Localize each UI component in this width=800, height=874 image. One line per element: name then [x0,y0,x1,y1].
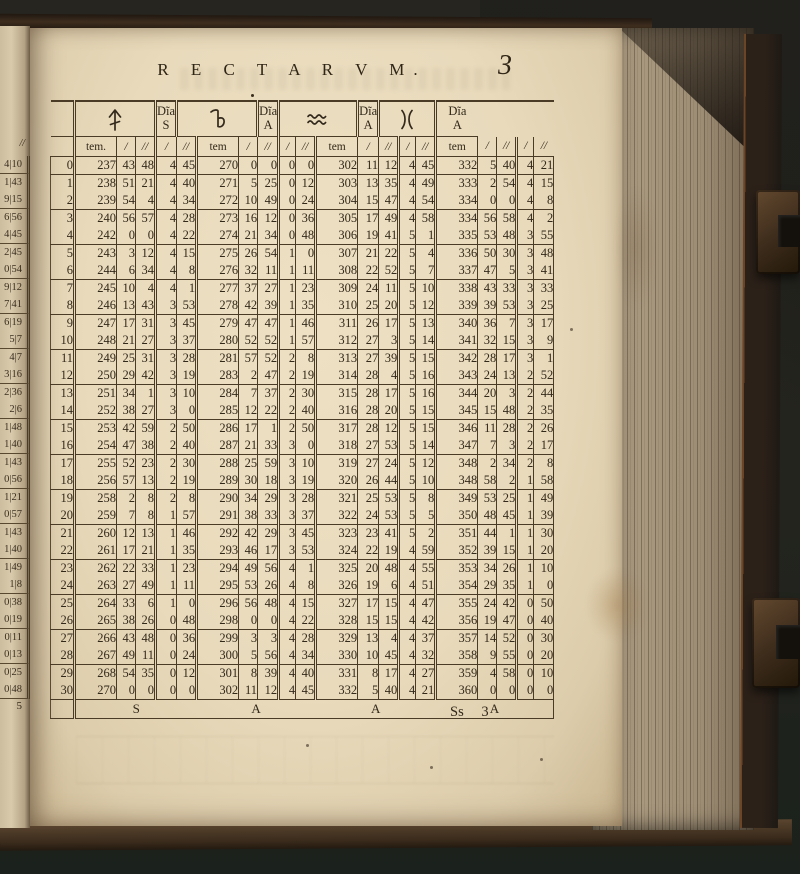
table-cell: 4 [399,612,416,630]
table-cell: 19 [358,577,379,595]
table-cell: 2 [517,420,534,438]
row-number: 7 [51,280,75,298]
table-cell: 267 [75,647,117,665]
table-cell: 58 [497,210,517,228]
table-cell: 2 [279,367,296,385]
table-cell: 354 [436,577,478,595]
table-cell: 329 [316,630,358,648]
table-cell: 307 [316,245,358,263]
table-cell: 1 [156,525,177,543]
table-cell: 39 [534,507,554,525]
dif-header-sagittarius: DĩaS [156,101,177,137]
table-cell: 250 [75,367,117,385]
table-cell: 49 [136,577,156,595]
table-cell: 266 [75,630,117,648]
table-cell: 32 [239,262,258,280]
table-row: 1825657132192893018319320264451034858215… [51,472,554,490]
table-cell: 56 [258,560,279,578]
table-cell: 10 [416,472,436,490]
table-cell: 48 [136,157,156,175]
dif-minute-mark: / [517,137,534,157]
table-cell: 308 [316,262,358,280]
table-cell: 1 [279,280,296,298]
table-cell: 28 [177,350,197,368]
table-cell: 1 [517,490,534,508]
table-cell: 5 [399,297,416,315]
table-cell: 21 [239,227,258,245]
facing-page-fragment-line: 1|8 [0,576,30,594]
table-cell: 56 [478,210,497,228]
table-cell: 21 [358,245,379,263]
table-cell: 52 [239,332,258,350]
table-sign-header-row: DĩaSDĩaADĩaADĩaA [51,101,554,137]
table-cell: 311 [316,315,358,333]
table-cell: 53 [177,297,197,315]
table-cell: 22 [117,560,136,578]
table-cell: 4 [399,192,416,210]
table-cell: 4 [156,227,177,245]
table-cell: 19 [177,472,197,490]
table-cell: 46 [296,315,316,333]
table-cell: 251 [75,385,117,403]
table-cell: 27 [136,402,156,420]
table-cell: 285 [197,402,239,420]
table-cell: 57 [296,332,316,350]
table-cell: 35 [136,665,156,683]
table-cell: 24 [358,507,379,525]
row-number: 27 [51,630,75,648]
table-cell: 17 [534,315,554,333]
table-cell: 16 [416,367,436,385]
row-number: 30 [51,682,75,700]
table-cell: 0 [258,157,279,175]
table-cell: 0 [279,192,296,210]
row-number: 21 [51,525,75,543]
table-cell: 255 [75,455,117,473]
table-cell: 5 [239,647,258,665]
table-cell: 334 [436,210,478,228]
table-cell: 50 [296,420,316,438]
table-cell: 37 [258,385,279,403]
table-cell: 10 [534,665,554,683]
table-cell: 358 [436,647,478,665]
table-cell: 326 [316,577,358,595]
table-cell: 25 [358,490,379,508]
table-cell: 4 [279,630,296,648]
facing-page-fragment-line: 1|43 [0,454,30,471]
table-cell: 11 [478,420,497,438]
dif-minute-mark: / [156,137,177,157]
table-cell: 42 [239,297,258,315]
table-cell: 2 [156,437,177,455]
table-cell: 12 [258,210,279,228]
table-cell: 334 [436,192,478,210]
table-cell: 40 [534,612,554,630]
table-cell: 27 [136,332,156,350]
row-number: 28 [51,647,75,665]
table-cell: 328 [316,612,358,630]
table-cell: 1 [279,245,296,263]
table-cell: 4 [399,157,416,175]
facing-page-fragment-line: 6|56 [0,209,30,226]
table-cell: 246 [75,297,117,315]
table-cell: 33 [258,507,279,525]
table-cell: 4 [136,280,156,298]
table-cell: 34 [258,227,279,245]
table-cell: 2 [517,455,534,473]
table-cell: 3 [517,332,534,350]
table-cell: 243 [75,245,117,263]
table-row: 8246134335327842391353102520512339395332… [51,297,554,315]
table-cell: 10 [416,280,436,298]
second-mark: // [497,137,517,157]
table-cell: 43 [117,157,136,175]
table-cell: 30 [177,455,197,473]
table-cell: 3 [279,542,296,560]
table-cell: 45 [379,647,399,665]
table-cell: 22 [358,542,379,560]
table-cell: 12 [136,245,156,263]
book-clasp-bottom [752,598,800,688]
book-page: R E C T A R V M. 3 DĩaSDĩaADĩaADĩaAtem./… [30,28,622,826]
table-row: 1124925313282815752283132739515342281731 [51,350,554,368]
table-cell: 330 [316,647,358,665]
table-cell: 12 [239,402,258,420]
table-cell: 33 [117,595,136,613]
table-cell: 8 [177,490,197,508]
table-cell: 3 [156,350,177,368]
table-cell: 275 [197,245,239,263]
table-cell: 239 [75,192,117,210]
table-cell: 0 [534,682,554,700]
table-cell: 1 [136,385,156,403]
table-cell: 25 [497,490,517,508]
table-cell: 5 [399,262,416,280]
table-cell: 55 [416,560,436,578]
table-cell: 0 [279,157,296,175]
table-cell: 28 [478,350,497,368]
table-cell: 2 [279,420,296,438]
table-cell: 280 [197,332,239,350]
table-cell: 5 [497,262,517,280]
table-cell: 292 [197,525,239,543]
table-cell: 6 [117,262,136,280]
table-cell: 36 [296,210,316,228]
table-cell: 25 [258,175,279,193]
table-cell: 20 [379,402,399,420]
table-cell: 50 [534,595,554,613]
table-cell: 18 [258,472,279,490]
table-cell: 8 [239,665,258,683]
table-cell: 3 [258,630,279,648]
table-cell: 295 [197,577,239,595]
table-cell: 351 [436,525,478,543]
table-cell: 15 [478,402,497,420]
table-cell: 20 [478,385,497,403]
table-cell: 37 [239,280,258,298]
table-cell: 303 [316,175,358,193]
table-cell: 53 [379,437,399,455]
table-cell: 1 [156,542,177,560]
table-cell: 48 [534,245,554,263]
table-cell: 254 [75,437,117,455]
table-cell: 342 [436,350,478,368]
table-cell: 23 [296,280,316,298]
table-cell: 34 [296,647,316,665]
table-cell: 5 [399,350,416,368]
table-cell: 2 [534,210,554,228]
sagittarius-icon [105,111,125,125]
table-cell: 1 [156,577,177,595]
table-cell: 0 [296,245,316,263]
table-cell: 34 [117,385,136,403]
dif-second-mark: // [177,137,197,157]
table-row: 2226117211352934617353324221945935239151… [51,542,554,560]
table-row: 2626538260482980042232815154423561947040 [51,612,554,630]
table-cell: 45 [416,157,436,175]
table-cell: 15 [379,595,399,613]
table-cell: 15 [358,612,379,630]
table-cell: 46 [239,542,258,560]
table-cell: 0 [156,665,177,683]
table-cell: 1 [156,595,177,613]
minute-mark: / [117,137,136,157]
table-cell: 16 [416,385,436,403]
row-number: 24 [51,577,75,595]
table-cell: 12 [379,420,399,438]
table-cell: 290 [197,490,239,508]
table-row: 2326222331232944956413252048455353342611… [51,560,554,578]
table-cell: 3 [156,402,177,420]
facing-page-fragment-line: 0|38 [0,594,30,611]
table-cell: 42 [136,367,156,385]
paper-speck [570,328,573,331]
page-number: 3 [498,50,512,82]
table-cell: 54 [117,192,136,210]
table-cell: 5 [399,367,416,385]
table-cell: 15 [416,420,436,438]
table-cell: 57 [177,507,197,525]
table-row: 272664348036299334283291344373571452030 [51,630,554,648]
table-row: 123851214402715250123031335449333254415 [51,175,554,193]
table-cell: 0 [156,647,177,665]
table-cell: 26 [258,577,279,595]
table-cell: 309 [316,280,358,298]
table-cell: 313 [316,350,358,368]
table-cell: 4 [517,157,534,175]
subheader-corner [51,137,75,157]
table-cell: 15 [497,542,517,560]
table-cell: 59 [258,455,279,473]
table-cell: 3 [279,437,296,455]
facing-page-fragment-line: 4|45 [0,226,30,244]
table-cell: 256 [75,472,117,490]
table-cell: 4 [517,192,534,210]
table-cell: 0 [296,157,316,175]
table-cell: 5 [399,455,416,473]
table-cell: 20 [358,560,379,578]
table-cell: 34 [478,560,497,578]
facing-page-fragment-line: 0|48 [0,681,30,699]
table-row: 0237434844527000003021112445332540421 [51,157,554,175]
table-cell: 3 [517,245,534,263]
table-cell: 38 [117,402,136,420]
table-cell: 24 [177,647,197,665]
table-cell: 15 [379,612,399,630]
table-cell: 30 [239,472,258,490]
capricornus-icon [207,111,227,125]
table-cell: 41 [379,227,399,245]
table-cell: 1 [534,350,554,368]
table-cell: 30 [534,525,554,543]
table-cell: 28 [296,490,316,508]
table-cell: 4 [279,647,296,665]
table-cell: 1 [279,315,296,333]
table-cell: 26 [497,560,517,578]
table-cell: 58 [534,472,554,490]
table-cell: 29 [117,367,136,385]
table-cell: 248 [75,332,117,350]
table-cell: 28 [497,420,517,438]
table-cell: 345 [436,402,478,420]
table-cell: 10 [534,560,554,578]
table-cell: 41 [534,262,554,280]
table-cell: 19 [358,227,379,245]
table-cell: 45 [177,315,197,333]
table-cell: 22 [379,245,399,263]
table-cell: 42 [497,595,517,613]
facing-page-fragment-line: 7|41 [0,296,30,314]
running-head: R E C T A R V M. [92,60,492,80]
table-cell: 5 [399,402,416,420]
table-cell: 29 [258,525,279,543]
table-cell: 19 [296,472,316,490]
table-cell: 3 [517,262,534,280]
table-row: 3240565742827316120363051749458334565842 [51,210,554,228]
facing-page-fragment-line: 6|19 [0,314,30,331]
dif-header-pisces: DĩaA [436,101,478,137]
table-cell: 47 [239,315,258,333]
table-cell: 3 [517,315,534,333]
table-cell: 54 [117,665,136,683]
table-cell: 4 [399,210,416,228]
table-cell: 259 [75,507,117,525]
table-cell: 22 [296,612,316,630]
table-cell: 10 [296,455,316,473]
table-cell: 8 [416,490,436,508]
table-cell: 10 [117,280,136,298]
table-cell: 346 [436,420,478,438]
table-cell: 16 [239,210,258,228]
table-cell: 14 [478,630,497,648]
table-cell: 11 [258,262,279,280]
table-cell: 2 [117,490,136,508]
table-cell: 8 [296,577,316,595]
table-cell: 47 [258,315,279,333]
table-cell: 20 [534,542,554,560]
table-cell: 17 [379,665,399,683]
table-row: 1525342592502861712503172812515346112822… [51,420,554,438]
table-cell: 5 [478,157,497,175]
table-cell: 4 [156,157,177,175]
gathering-signature: Ss 3 [450,704,489,721]
table-cell: 274 [197,227,239,245]
row-number: 6 [51,262,75,280]
table-row: 162544738240287213330318275351434773217 [51,437,554,455]
table-cell: 2 [497,472,517,490]
table-cell: 53 [478,490,497,508]
table-cell: 17 [117,542,136,560]
table-cell: 13 [358,630,379,648]
table-cell: 8 [534,455,554,473]
table-cell: 45 [296,525,316,543]
table-cell: 27 [358,437,379,455]
table-cell: 0 [517,630,534,648]
table-cell: 54 [258,245,279,263]
table-cell: 2 [478,455,497,473]
table-cell: 13 [117,297,136,315]
table-cell: 49 [117,647,136,665]
table-cell: 3 [497,385,517,403]
table-cell: 5 [399,420,416,438]
table-cell: 49 [379,210,399,228]
facing-page-fragment-line: 0|57 [0,506,30,524]
table-cell: 1 [517,472,534,490]
table-cell: 3 [156,332,177,350]
facing-page-fragment-line: 2|45 [0,244,30,261]
table-cell: 10 [358,647,379,665]
table-cell: 1 [517,507,534,525]
second-mark: // [258,137,279,157]
table-cell: 25 [117,350,136,368]
table-cell: 3 [517,350,534,368]
facing-page-fragment-line: 1|40 [0,541,30,559]
table-cell: 13 [416,315,436,333]
table-cell: 4 [399,630,416,648]
table-cell: 304 [316,192,358,210]
table-cell: 1 [156,507,177,525]
row-number: 29 [51,665,75,683]
table-cell: 39 [258,665,279,683]
table-cell: 5 [399,507,416,525]
table-cell: 0 [279,210,296,228]
table-cell: 8 [358,665,379,683]
tem-label: tem. [75,137,117,157]
table-cell: 5 [416,507,436,525]
table-cell: 26 [534,420,554,438]
table-cell: 2 [279,402,296,420]
row-number: 13 [51,385,75,403]
table-cell: 1 [156,560,177,578]
table-cell: 314 [316,367,358,385]
table-cell: 45 [497,507,517,525]
table-cell: 278 [197,297,239,315]
table-cell: 34 [136,262,156,280]
table-cell: 9 [534,332,554,350]
table-cell: 40 [296,665,316,683]
table-cell: 47 [117,437,136,455]
facing-page-fragment-line: 4|10 [0,156,30,174]
table-cell: 252 [75,402,117,420]
table-cell: 0 [117,227,136,245]
facing-page-fragment-line: 5|7 [0,331,30,349]
table-cell: 6 [379,577,399,595]
table-cell: 43 [478,280,497,298]
table-cell: 9 [478,647,497,665]
table-cell: 55 [534,227,554,245]
table-cell: 43 [117,630,136,648]
table-cell: 14 [416,332,436,350]
